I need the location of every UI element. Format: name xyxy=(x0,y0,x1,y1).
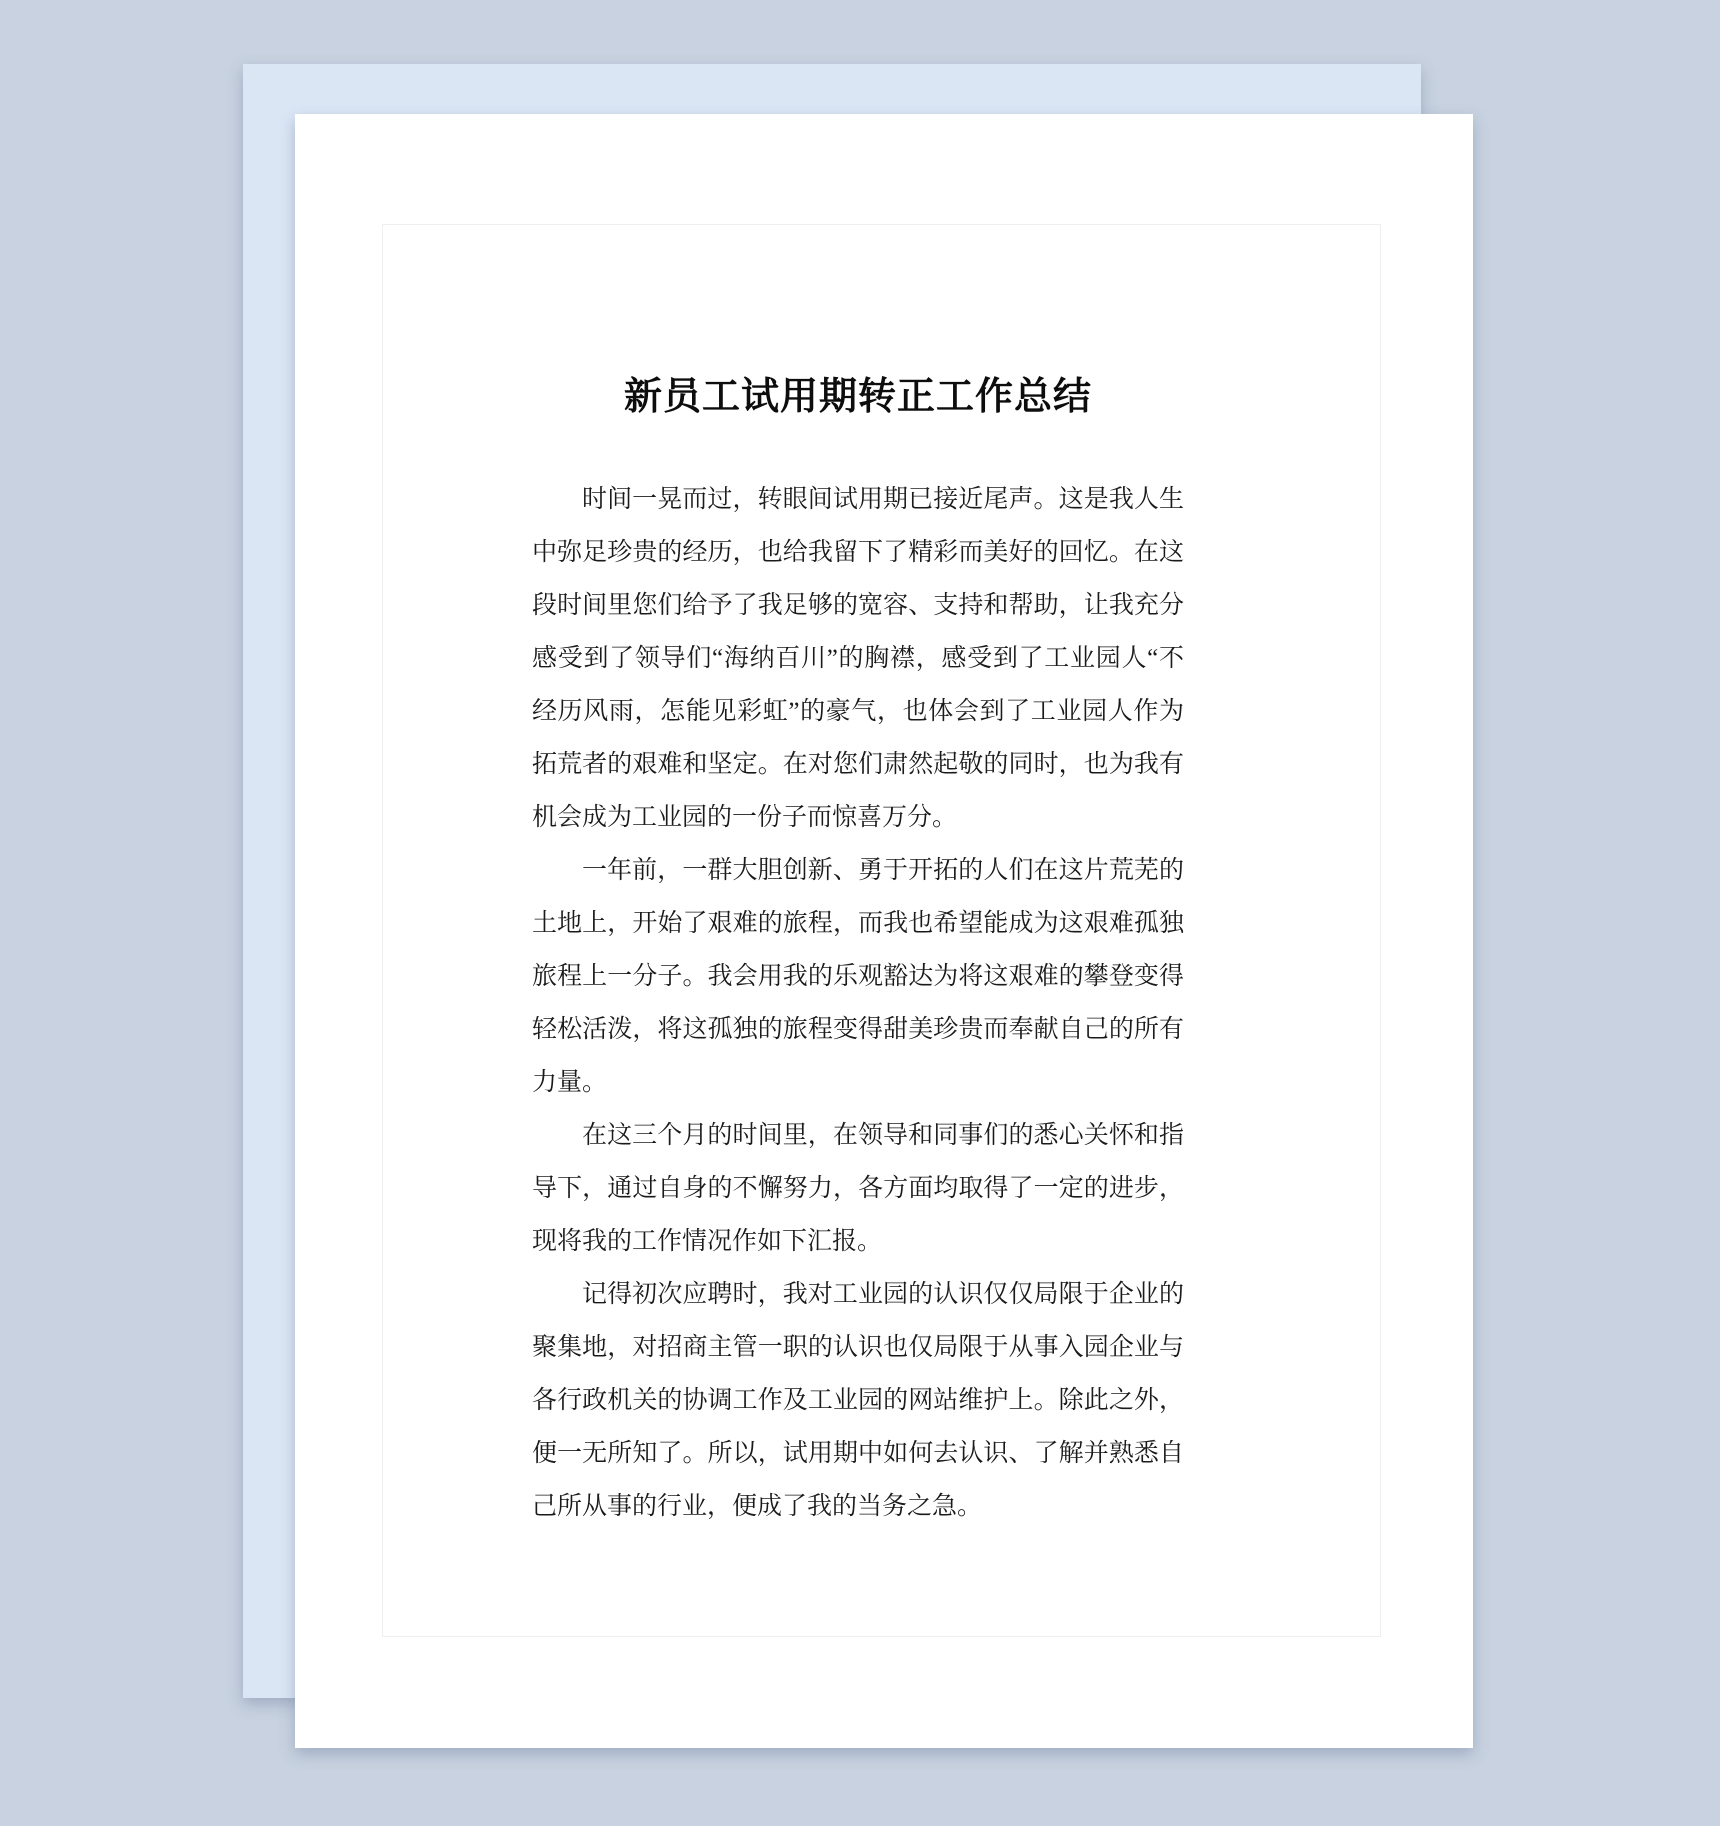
paragraph: 时间一晃而过，转眼间试用期已接近尾声。这是我人生中弥足珍贵的经历，也给我留下了精… xyxy=(532,473,1184,844)
document-content: 新员工试用期转正工作总结 时间一晃而过，转眼间试用期已接近尾声。这是我人生中弥足… xyxy=(532,377,1184,1533)
document-page: 新员工试用期转正工作总结 时间一晃而过，转眼间试用期已接近尾声。这是我人生中弥足… xyxy=(295,114,1473,1748)
paragraph: 记得初次应聘时，我对工业园的认识仅仅局限于企业的聚集地，对招商主管一职的认识也仅… xyxy=(532,1268,1184,1533)
document-body: 时间一晃而过，转眼间试用期已接近尾声。这是我人生中弥足珍贵的经历，也给我留下了精… xyxy=(532,473,1184,1533)
document-title: 新员工试用期转正工作总结 xyxy=(532,377,1184,417)
page-background: 新员工试用期转正工作总结 时间一晃而过，转眼间试用期已接近尾声。这是我人生中弥足… xyxy=(0,0,1720,1826)
paragraph: 在这三个月的时间里，在领导和同事们的悉心关怀和指导下，通过自身的不懈努力，各方面… xyxy=(532,1109,1184,1268)
paragraph: 一年前，一群大胆创新、勇于开拓的人们在这片荒芜的土地上，开始了艰难的旅程，而我也… xyxy=(532,844,1184,1109)
